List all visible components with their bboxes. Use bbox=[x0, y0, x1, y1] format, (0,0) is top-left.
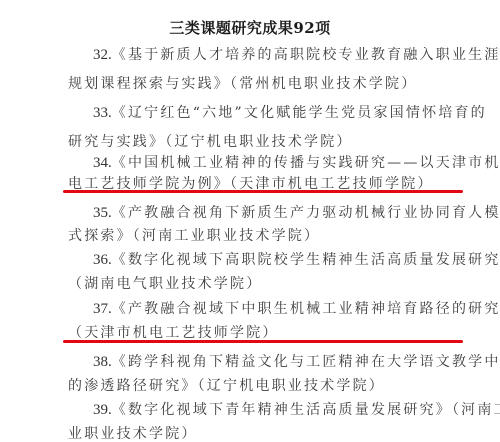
item-text-line1: 《辽宁红色“六地”文化赋能学生党员家国情怀培育的 bbox=[112, 105, 487, 121]
item-text-line1: 《数字化视域下青年精神生活高质量发展研究》（河南工 bbox=[112, 402, 500, 418]
item-text-line1: 《中国机械工业精神的传播与实践研究——以天津市机 bbox=[112, 155, 500, 171]
item-text-line2: 研究与实践》（辽宁机电职业技术学院） bbox=[68, 131, 353, 151]
item-number: 38. bbox=[93, 354, 112, 370]
item-number: 34. bbox=[93, 155, 112, 171]
item-text-line1: 《基于新质人才培养的高职院校专业教育融入职业生涯 bbox=[112, 47, 500, 63]
item-text-line1: 《产教融合视域下中职生机械工业精神培育路径的研究》 bbox=[112, 301, 500, 317]
section-title: 三类课题研究成果92项 bbox=[0, 17, 500, 38]
item-text-line2: （湖南电气职业技术学院） bbox=[68, 273, 262, 293]
item-text-line2: 规划课程探索与实践》（常州机电职业技术学院） bbox=[68, 73, 417, 93]
red-underline bbox=[63, 190, 463, 193]
item-number: 37. bbox=[93, 301, 112, 317]
item-text-line2: 业职业技术学院） bbox=[68, 423, 198, 442]
item-text-line1: 《数字化视域下高职院校学生精神生活高质量发展研究》 bbox=[112, 252, 500, 268]
item-text-line1: 《产教融合视角下新质生产力驱动机械行业协同育人模 bbox=[112, 205, 500, 221]
item-text-line2: 的渗透路径研究》（辽宁机电职业技术学院） bbox=[68, 375, 385, 395]
item-number: 36. bbox=[93, 252, 112, 268]
item-text-line2: （天津市机电工艺技师学院） bbox=[68, 322, 279, 342]
red-underline bbox=[63, 340, 463, 343]
item-number: 35. bbox=[93, 205, 112, 221]
item-number: 39. bbox=[93, 402, 112, 418]
item-text-line2: 式探索》（河南工业职业技术学院） bbox=[68, 225, 320, 245]
item-number: 33. bbox=[93, 105, 112, 121]
item-number: 32. bbox=[93, 47, 112, 63]
item-text-line1: 《跨学科视角下精益文化与工匠精神在大学语文教学中 bbox=[112, 354, 500, 370]
